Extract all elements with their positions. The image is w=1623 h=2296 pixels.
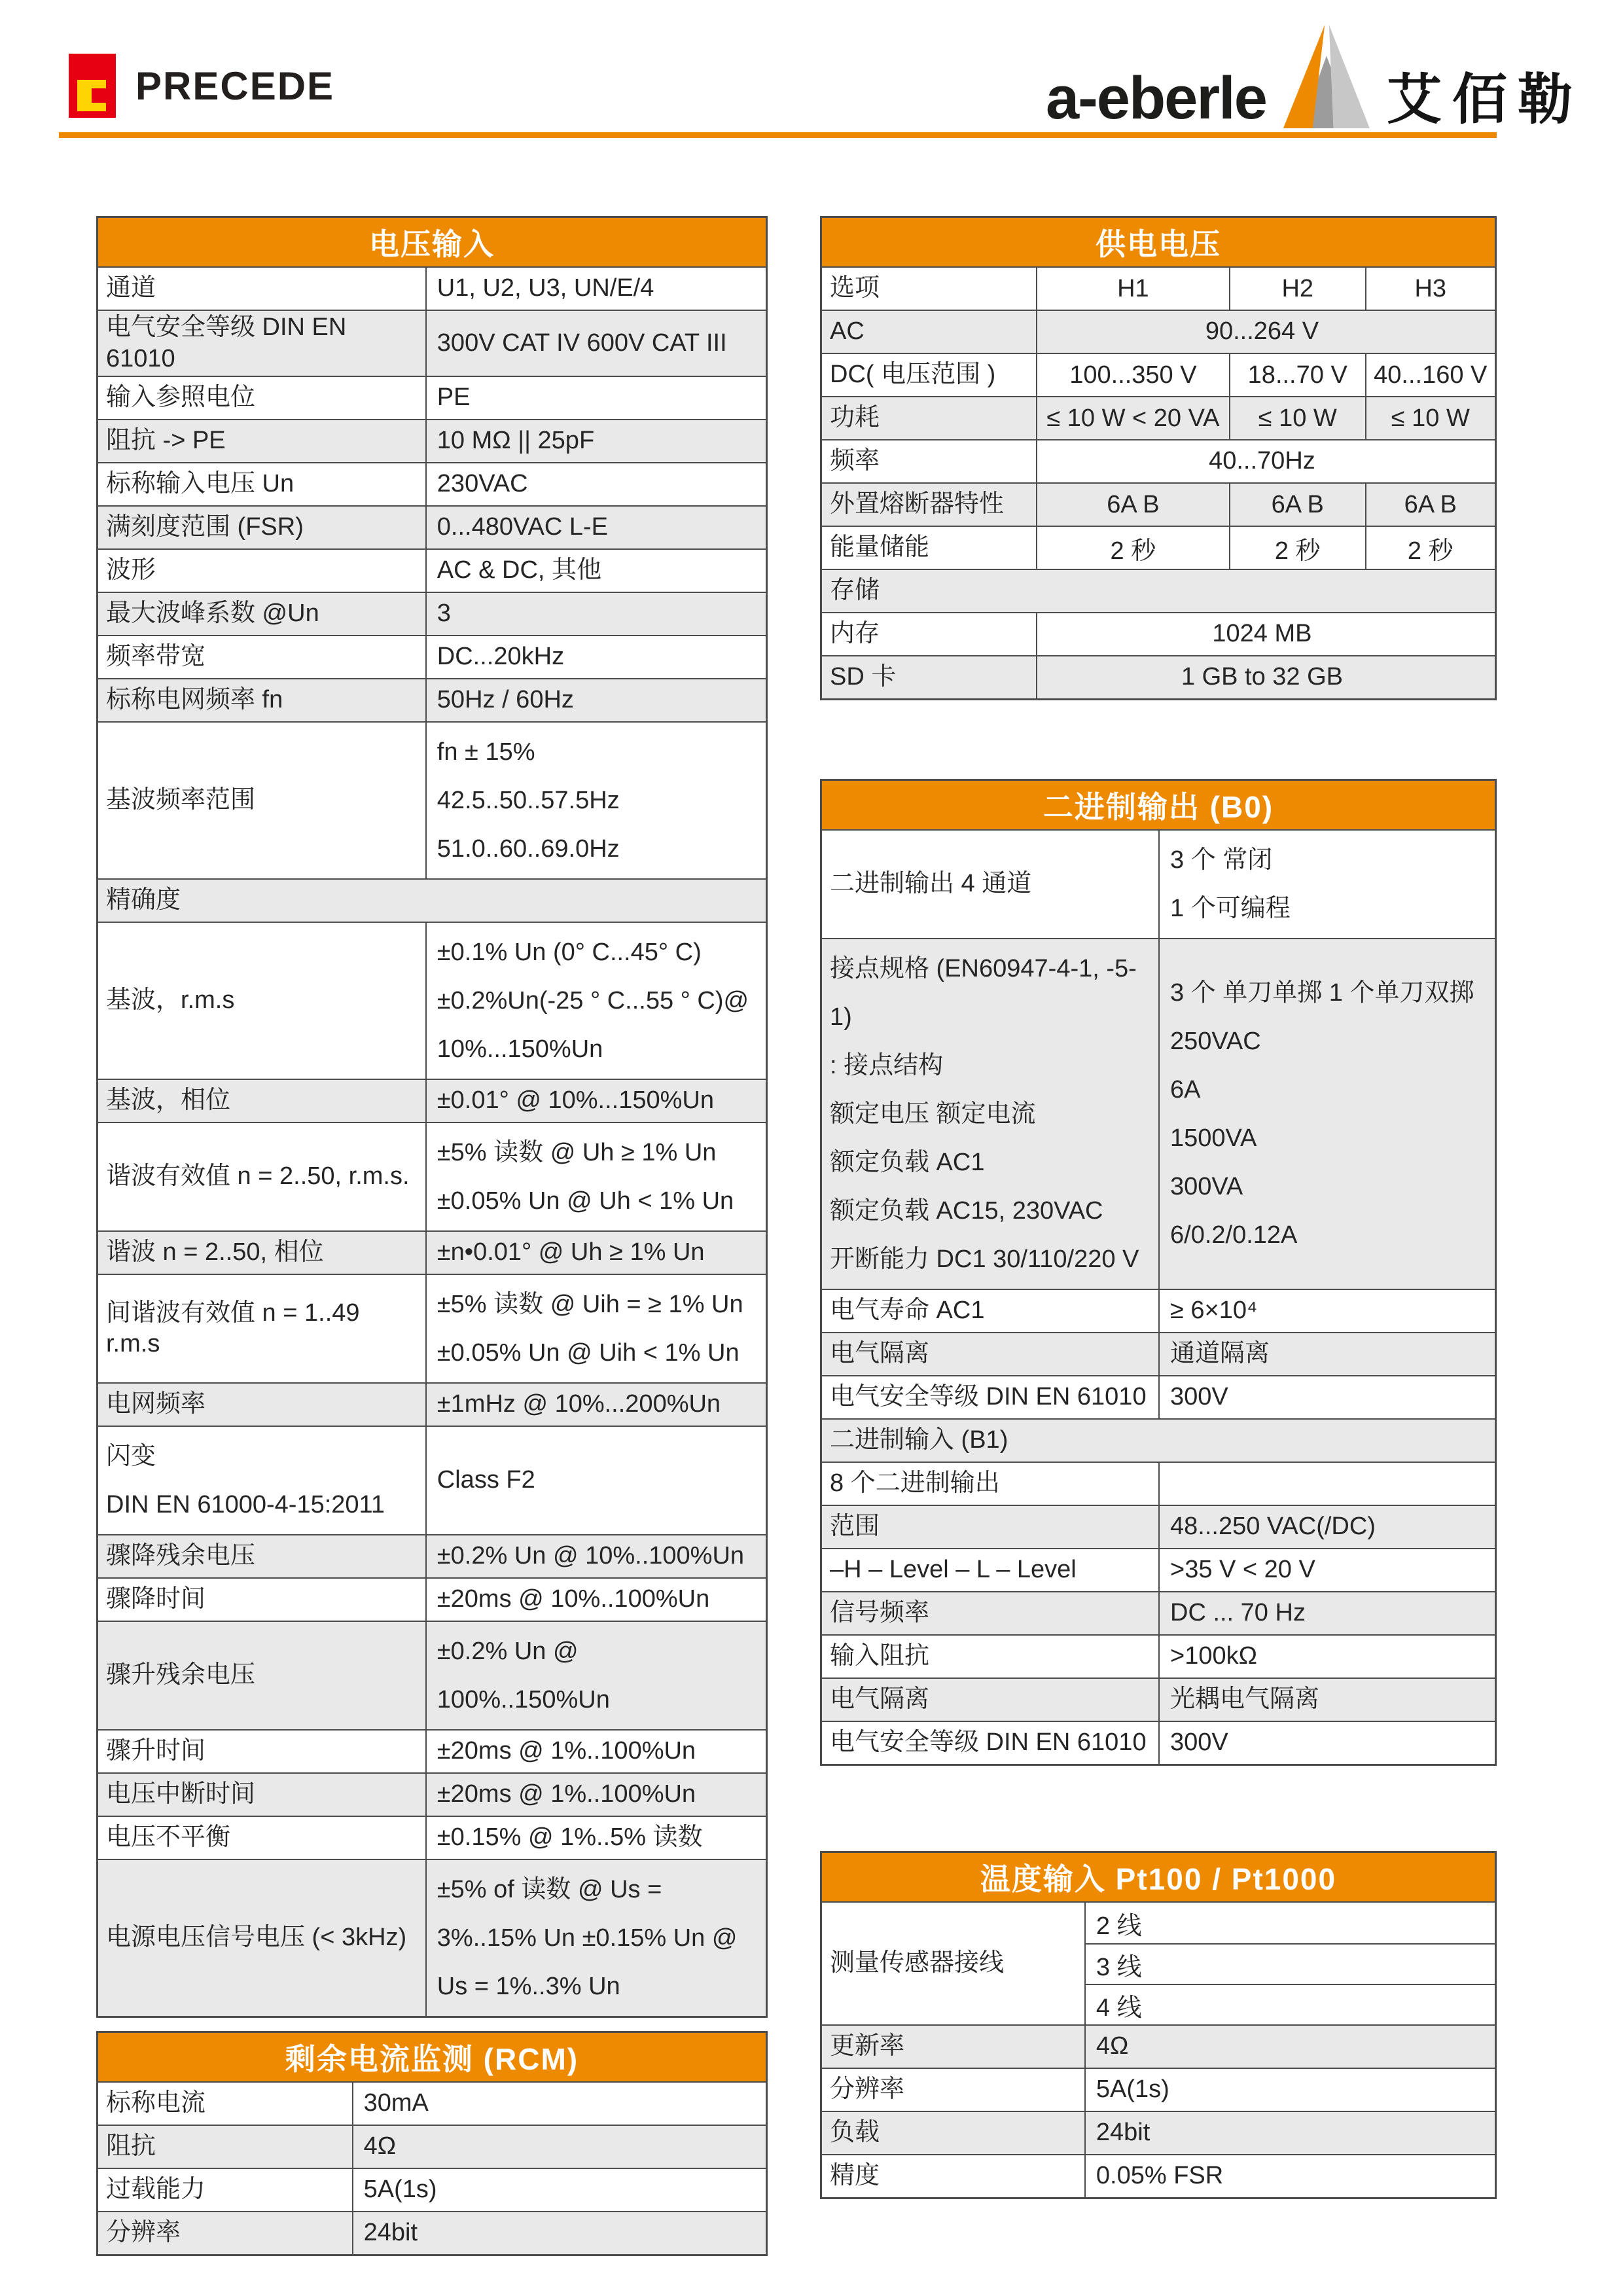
row-value: ≥ 6×10⁴ <box>1158 1290 1495 1332</box>
row-value: 2 秒 <box>1036 527 1229 569</box>
row-label: 外置熔断器特性 <box>822 484 1036 526</box>
row-value: Class F2 <box>425 1427 766 1534</box>
row-label: 8 个二进制输出 <box>822 1463 1158 1505</box>
row-label: 骤升时间 <box>98 1731 425 1772</box>
table-row: 负载24bit <box>822 2111 1495 2154</box>
header-divider-rule <box>59 132 1497 138</box>
row-value: H3 <box>1365 268 1495 310</box>
table-row: 基波，r.m.s±0.1% Un (0° C...45° C) ±0.2%Un(… <box>98 922 766 1079</box>
table-row: 信号频率DC ... 70 Hz <box>822 1591 1495 1634</box>
row-label: 基波，相位 <box>98 1080 425 1122</box>
table-row: 电网频率±1mHz @ 10%...200%Un <box>98 1382 766 1426</box>
row-value: 3 个 常闭 1 个可编程 <box>1158 831 1495 938</box>
row-value: ±20ms @ 1%..100%Un <box>425 1731 766 1772</box>
table-row: 精度0.05% FSR <box>822 2154 1495 2197</box>
row-label: 频率带宽 <box>98 636 425 678</box>
row-value: 2 秒 <box>1229 527 1365 569</box>
table-row: 阻抗4Ω <box>98 2125 766 2168</box>
row-label: 满刻度范围 (FSR) <box>98 507 425 548</box>
row-label: 分辨率 <box>822 2069 1084 2111</box>
table-row: 频率40...70Hz <box>822 439 1495 482</box>
binary-output-table: 二进制输出 (B0) 二进制输出 4 通道3 个 常闭 1 个可编程接点规格 (… <box>820 779 1497 1766</box>
table-row: 阻抗 -> PE10 MΩ || 25pF <box>98 419 766 462</box>
row-label: 骤降残余电压 <box>98 1535 425 1577</box>
section-label: 二进制输入 (B1) <box>822 1420 1495 1462</box>
row-value: 48...250 VAC(/DC) <box>1158 1506 1495 1548</box>
row-value: ±0.2% Un @ 100%..150%Un <box>425 1622 766 1729</box>
table-row: 功耗≤ 10 W < 20 VA≤ 10 W≤ 10 W <box>822 396 1495 439</box>
row-value: 1 GB to 32 GB <box>1036 656 1495 698</box>
row-label: 基波频率范围 <box>98 723 425 878</box>
row-value: ±1mHz @ 10%...200%Un <box>425 1384 766 1426</box>
row-label: 电气安全等级 DIN EN 61010 <box>822 1722 1158 1764</box>
table-row: 间谐波有效值 n = 1..49 r.m.s±5% 读数 @ Uih = ≥ 1… <box>98 1274 766 1382</box>
row-value: ≤ 10 W <box>1229 397 1365 439</box>
table-row: 能量储能2 秒2 秒2 秒 <box>822 526 1495 569</box>
table-row: 分辨率5A(1s) <box>822 2068 1495 2111</box>
table-row: 电压不平衡±0.15% @ 1%..5% 读数 <box>98 1816 766 1859</box>
table-row: 闪变 DIN EN 61000-4-15:2011Class F2 <box>98 1426 766 1534</box>
row-value: ±0.15% @ 1%..5% 读数 <box>425 1817 766 1859</box>
row-value: ±n•0.01° @ Uh ≥ 1% Un <box>425 1232 766 1274</box>
row-value: ±5% 读数 @ Uih = ≥ 1% Un ±0.05% Un @ Uih <… <box>425 1275 766 1382</box>
table-row: 接点规格 (EN60947-4-1, -5-1) : 接点结构 额定电压 额定电… <box>822 938 1495 1289</box>
row-value: 6A B <box>1229 484 1365 526</box>
row-label: 范围 <box>822 1506 1158 1548</box>
table-row: 标称电网频率 fn50Hz / 60Hz <box>98 678 766 721</box>
row-value: U1, U2, U3, UN/E/4 <box>425 268 766 310</box>
row-label: 电压中断时间 <box>98 1774 425 1816</box>
row-value: 光耦电气隔离 <box>1158 1679 1495 1721</box>
sub-rows: 2 线3 线4 线 <box>1084 1903 1495 2024</box>
row-label: 精度 <box>822 2155 1084 2197</box>
row-value: 300V <box>1158 1722 1495 1764</box>
row-label: 电气安全等级 DIN EN 61010 <box>98 311 425 376</box>
row-value: ≤ 10 W <box>1365 397 1495 439</box>
row-value: >100kΩ <box>1158 1636 1495 1677</box>
table-title: 剩余电流监测 (RCM) <box>98 2033 766 2081</box>
table-row: 内存1024 MB <box>822 612 1495 655</box>
section-label: 存储 <box>822 570 1495 612</box>
row-label: 测量传感器接线 <box>822 1903 1084 2024</box>
row-label: 二进制输出 4 通道 <box>822 831 1158 938</box>
row-value: 6A B <box>1036 484 1229 526</box>
table-row: 电气隔离光耦电气隔离 <box>822 1677 1495 1721</box>
table-row: 电气寿命 AC1≥ 6×10⁴ <box>822 1289 1495 1332</box>
table-row: 范围48...250 VAC(/DC) <box>822 1505 1495 1548</box>
row-value: H1 <box>1036 268 1229 310</box>
row-value: 18...70 V <box>1229 354 1365 396</box>
row-value: 4Ω <box>1084 2026 1495 2068</box>
row-label: 骤升残余电压 <box>98 1622 425 1729</box>
sub-row-value: 3 线 <box>1086 1943 1495 1984</box>
row-label: 负载 <box>822 2112 1084 2154</box>
row-value: 0.05% FSR <box>1084 2155 1495 2197</box>
table-row: 测量传感器接线2 线3 线4 线 <box>822 1901 1495 2024</box>
table-row: DC( 电压范围 )100...350 V18...70 V40...160 V <box>822 353 1495 396</box>
row-value <box>1158 1463 1495 1505</box>
sub-row-value: 2 线 <box>1086 1903 1495 1943</box>
row-label: 能量储能 <box>822 527 1036 569</box>
table-row: –H – Level – L – Level>35 V < 20 V <box>822 1548 1495 1591</box>
row-label: 标称输入电压 Un <box>98 463 425 505</box>
precede-wordmark: PRECEDE <box>135 63 334 109</box>
table-title: 二进制输出 (B0) <box>822 781 1495 829</box>
row-value: 40...160 V <box>1365 354 1495 396</box>
row-label: 间谐波有效值 n = 1..49 r.m.s <box>98 1275 425 1382</box>
row-value: 90...264 V <box>1036 311 1495 353</box>
row-label: 更新率 <box>822 2026 1084 2068</box>
row-value: H2 <box>1229 268 1365 310</box>
row-label: 功耗 <box>822 397 1036 439</box>
table-row: 基波，相位±0.01° @ 10%...150%Un <box>98 1079 766 1122</box>
table-row: 外置熔断器特性6A B6A B6A B <box>822 482 1495 526</box>
row-value: ±0.1% Un (0° C...45° C) ±0.2%Un(-25 ° C.… <box>425 923 766 1079</box>
row-label: 电气寿命 AC1 <box>822 1290 1158 1332</box>
table-row: 骤降时间±20ms @ 10%..100%Un <box>98 1577 766 1621</box>
table-row: 电源电压信号电压 (< 3kHz)±5% of 读数 @ Us = 3%..15… <box>98 1859 766 2016</box>
section-label: 精确度 <box>98 880 766 922</box>
row-value: 100...350 V <box>1036 354 1229 396</box>
row-value: 5A(1s) <box>1084 2069 1495 2111</box>
precede-logo-c-shape <box>77 80 106 111</box>
row-label: 选项 <box>822 268 1036 310</box>
row-value: 1024 MB <box>1036 613 1495 655</box>
row-value: AC & DC, 其他 <box>425 550 766 592</box>
row-value: 0...480VAC L-E <box>425 507 766 548</box>
table-title: 温度输入 Pt100 / Pt1000 <box>822 1853 1495 1901</box>
table-row: 存储 <box>822 569 1495 612</box>
row-label: 电源电压信号电压 (< 3kHz) <box>98 1860 425 2016</box>
table-row: 最大波峰系数 @Un3 <box>98 592 766 635</box>
table-row: 8 个二进制输出 <box>822 1462 1495 1505</box>
row-value: 3 个 单刀单掷 1 个单刀双掷 250VAC 6A 1500VA 300VA … <box>1158 939 1495 1289</box>
aeberle-wordmark: a-eberle <box>1046 68 1266 128</box>
row-label: 内存 <box>822 613 1036 655</box>
row-label: 频率 <box>822 440 1036 482</box>
right-column: 供电电压 选项H1H2H3AC90...264 VDC( 电压范围 )100..… <box>820 216 1497 2199</box>
row-value: ±20ms @ 10%..100%Un <box>425 1579 766 1621</box>
table-row: 骤升残余电压±0.2% Un @ 100%..150%Un <box>98 1621 766 1729</box>
row-value: PE <box>425 377 766 419</box>
table-row: 电气安全等级 DIN EN 61010300V CAT IV 600V CAT … <box>98 310 766 376</box>
table-row: 精确度 <box>98 878 766 922</box>
row-value: 300V <box>1158 1376 1495 1418</box>
table-row: 输入参照电位PE <box>98 376 766 419</box>
row-label: 谐波有效值 n = 2..50, r.m.s. <box>98 1123 425 1230</box>
row-value: ±20ms @ 1%..100%Un <box>425 1774 766 1816</box>
table-row: 过载能力5A(1s) <box>98 2168 766 2211</box>
table-title: 电压输入 <box>98 218 766 266</box>
row-label: 闪变 DIN EN 61000-4-15:2011 <box>98 1427 425 1534</box>
row-label: 电压不平衡 <box>98 1817 425 1859</box>
row-label: 信号频率 <box>822 1592 1158 1634</box>
row-label: 标称电流 <box>98 2083 352 2125</box>
row-label: 电气隔离 <box>822 1679 1158 1721</box>
row-label: 基波，r.m.s <box>98 923 425 1079</box>
table-row: 频率带宽DC...20kHz <box>98 635 766 678</box>
table-row: 选项H1H2H3 <box>822 266 1495 310</box>
row-label: 阻抗 <box>98 2126 352 2168</box>
row-label: 电气安全等级 DIN EN 61010 <box>822 1376 1158 1418</box>
aeberle-logo: a-eberle 艾佰勒 <box>1046 25 1583 128</box>
table-row: AC90...264 V <box>822 310 1495 353</box>
row-value: 24bit <box>352 2212 766 2254</box>
row-value: 2 秒 <box>1365 527 1495 569</box>
row-label: AC <box>822 311 1036 353</box>
row-label: 最大波峰系数 @Un <box>98 593 425 635</box>
table-row: 波形AC & DC, 其他 <box>98 548 766 592</box>
row-label: 输入阻抗 <box>822 1636 1158 1677</box>
precede-logo: PRECEDE <box>69 54 334 118</box>
row-value: DC...20kHz <box>425 636 766 678</box>
row-value: 230VAC <box>425 463 766 505</box>
row-value: 10 MΩ || 25pF <box>425 420 766 462</box>
temperature-input-table: 温度输入 Pt100 / Pt1000 测量传感器接线2 线3 线4 线更新率4… <box>820 1851 1497 2199</box>
row-value: ≤ 10 W < 20 VA <box>1036 397 1229 439</box>
row-value: 4Ω <box>352 2126 766 2168</box>
row-label: 骤降时间 <box>98 1579 425 1621</box>
row-label: 接点规格 (EN60947-4-1, -5-1) : 接点结构 额定电压 额定电… <box>822 939 1158 1289</box>
row-value: 5A(1s) <box>352 2169 766 2211</box>
table-row: 更新率4Ω <box>822 2024 1495 2068</box>
aeberle-chinese-name: 艾佰勒 <box>1387 71 1583 128</box>
row-label: 阻抗 -> PE <box>98 420 425 462</box>
table-row: 二进制输出 4 通道3 个 常闭 1 个可编程 <box>822 829 1495 938</box>
row-value: 40...70Hz <box>1036 440 1495 482</box>
row-label: DC( 电压范围 ) <box>822 354 1036 396</box>
left-column: 电压输入 通道U1, U2, U3, UN/E/4电气安全等级 DIN EN 6… <box>96 216 768 2256</box>
table-row: 电气隔离通道隔离 <box>822 1332 1495 1375</box>
row-value: 24bit <box>1084 2112 1495 2154</box>
table-row: 谐波 n = 2..50, 相位±n•0.01° @ Uh ≥ 1% Un <box>98 1230 766 1274</box>
table-row: 二进制输入 (B1) <box>822 1418 1495 1462</box>
table-row: 电压中断时间±20ms @ 1%..100%Un <box>98 1772 766 1816</box>
row-value: 50Hz / 60Hz <box>425 679 766 721</box>
voltage-input-table: 电压输入 通道U1, U2, U3, UN/E/4电气安全等级 DIN EN 6… <box>96 216 768 2018</box>
table-row: 骤升时间±20ms @ 1%..100%Un <box>98 1729 766 1772</box>
table-row: 标称输入电压 Un230VAC <box>98 462 766 505</box>
table-row: 输入阻抗>100kΩ <box>822 1634 1495 1677</box>
row-label: 谐波 n = 2..50, 相位 <box>98 1232 425 1274</box>
row-label: 输入参照电位 <box>98 377 425 419</box>
row-label: 通道 <box>98 268 425 310</box>
table-row: 电气安全等级 DIN EN 61010300V <box>822 1375 1495 1418</box>
row-label: 标称电网频率 fn <box>98 679 425 721</box>
row-value: ±0.2% Un @ 10%..100%Un <box>425 1535 766 1577</box>
table-title: 供电电压 <box>822 218 1495 266</box>
table-row: 分辨率24bit <box>98 2211 766 2254</box>
supply-voltage-table: 供电电压 选项H1H2H3AC90...264 VDC( 电压范围 )100..… <box>820 216 1497 700</box>
table-row: 通道U1, U2, U3, UN/E/4 <box>98 266 766 310</box>
row-value: ±5% 读数 @ Uh ≥ 1% Un ±0.05% Un @ Uh < 1% … <box>425 1123 766 1230</box>
table-row: 骤降残余电压±0.2% Un @ 10%..100%Un <box>98 1534 766 1577</box>
row-value: ±5% of 读数 @ Us = 3%..15% Un ±0.15% Un @ … <box>425 1860 766 2016</box>
row-label: 电气隔离 <box>822 1333 1158 1375</box>
row-value: fn ± 15% 42.5..50..57.5Hz 51.0..60..69.0… <box>425 723 766 878</box>
table-row: 满刻度范围 (FSR)0...480VAC L-E <box>98 505 766 548</box>
table-row: 基波频率范围fn ± 15% 42.5..50..57.5Hz 51.0..60… <box>98 721 766 878</box>
row-value: 300V CAT IV 600V CAT III <box>425 311 766 376</box>
table-row: 标称电流30mA <box>98 2081 766 2125</box>
row-label: 分辨率 <box>98 2212 352 2254</box>
row-label: 波形 <box>98 550 425 592</box>
table-row: 电气安全等级 DIN EN 61010300V <box>822 1721 1495 1764</box>
row-value: 6A B <box>1365 484 1495 526</box>
sub-row-value: 4 线 <box>1086 1984 1495 2024</box>
row-label: –H – Level – L – Level <box>822 1549 1158 1591</box>
table-row: 谐波有效值 n = 2..50, r.m.s.±5% 读数 @ Uh ≥ 1% … <box>98 1122 766 1230</box>
datasheet-page: PRECEDE a-eberle 艾佰勒 电压输入 通道U1, U2, U3, … <box>0 0 1623 2296</box>
row-label: 过载能力 <box>98 2169 352 2211</box>
row-value: DC ... 70 Hz <box>1158 1592 1495 1634</box>
aeberle-triangle-icon <box>1283 25 1370 128</box>
row-value: >35 V < 20 V <box>1158 1549 1495 1591</box>
precede-logo-icon <box>69 54 116 118</box>
table-row: SD 卡1 GB to 32 GB <box>822 655 1495 698</box>
row-label: SD 卡 <box>822 656 1036 698</box>
row-value: 30mA <box>352 2083 766 2125</box>
row-value: 3 <box>425 593 766 635</box>
row-value: 通道隔离 <box>1158 1333 1495 1375</box>
rcm-table: 剩余电流监测 (RCM) 标称电流30mA阻抗4Ω过载能力5A(1s)分辨率24… <box>96 2031 768 2256</box>
row-label: 电网频率 <box>98 1384 425 1426</box>
row-value: ±0.01° @ 10%...150%Un <box>425 1080 766 1122</box>
